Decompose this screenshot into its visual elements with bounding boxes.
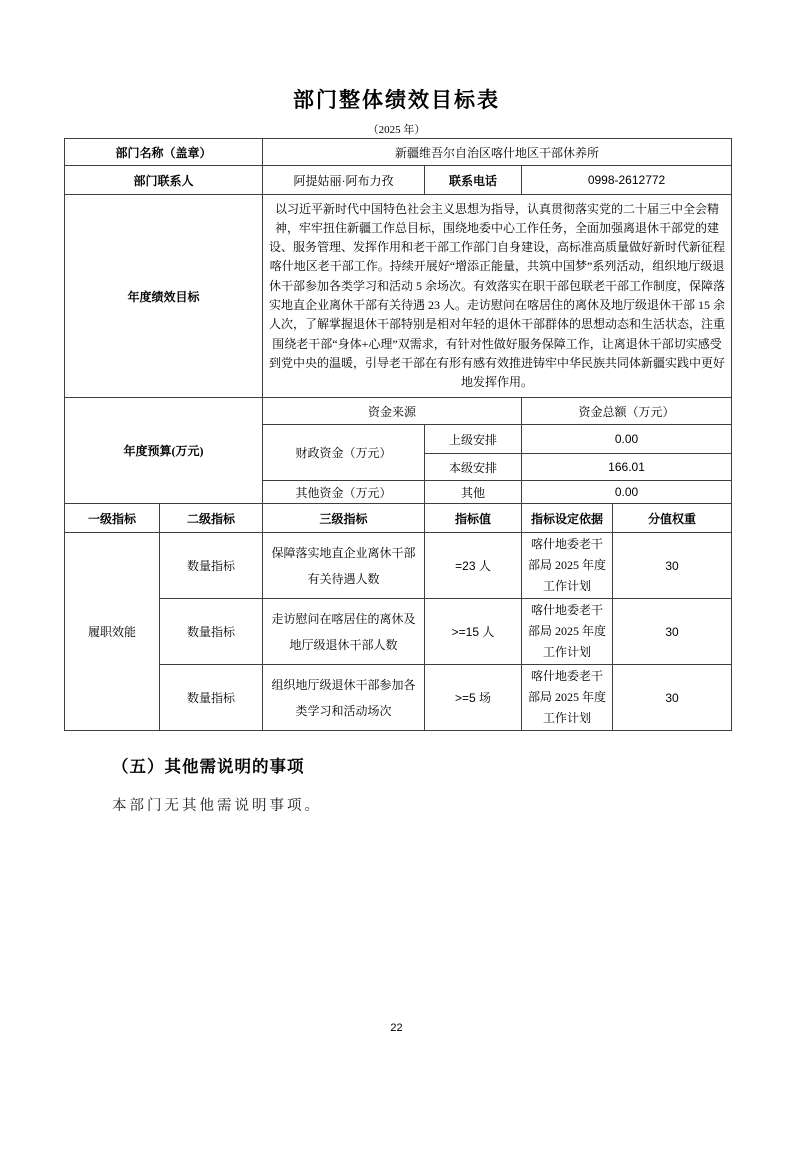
performance-target-table: 部门名称（盖章） 新疆维吾尔自治区喀什地区干部休养所 部门联系人 阿提姑丽·阿布… xyxy=(64,138,732,731)
budget-local-amount: 166.01 xyxy=(522,454,732,481)
budget-source-header: 资金来源 xyxy=(263,398,522,425)
indicator-level3: 保障落实地直企业离休干部有关待遇人数 xyxy=(263,533,425,599)
header-level2: 二级指标 xyxy=(160,504,263,533)
indicator-weight: 30 xyxy=(613,665,732,731)
indicator-row: 数量指标 走访慰问在喀居住的离休及地厅级退休干部人数 >=15 人 喀什地委老干… xyxy=(65,599,732,665)
table-row: 部门联系人 阿提姑丽·阿布力孜 联系电话 0998-2612772 xyxy=(65,166,732,195)
page-subtitle: （2025 年） xyxy=(0,121,793,137)
header-level1: 一级指标 xyxy=(65,504,160,533)
indicator-value: >=5 场 xyxy=(425,665,522,731)
phone-label: 联系电话 xyxy=(425,166,522,195)
budget-local-label: 本级安排 xyxy=(425,454,522,481)
annual-goal-label: 年度绩效目标 xyxy=(65,195,263,398)
section-heading: （五）其他需说明的事项 xyxy=(112,753,305,777)
indicator-level2: 数量指标 xyxy=(160,599,263,665)
table-row: 年度预算(万元) 资金来源 资金总额（万元） xyxy=(65,398,732,425)
indicator-basis: 喀什地委老干部局 2025 年度工作计划 xyxy=(522,665,613,731)
header-basis: 指标设定依据 xyxy=(522,504,613,533)
dept-name-label: 部门名称（盖章） xyxy=(65,139,263,166)
indicator-level2: 数量指标 xyxy=(160,665,263,731)
indicator-level3: 走访慰问在喀居住的离休及地厅级退休干部人数 xyxy=(263,599,425,665)
budget-fiscal-label: 财政资金（万元） xyxy=(263,425,425,481)
table-row: 部门名称（盖章） 新疆维吾尔自治区喀什地区干部休养所 xyxy=(65,139,732,166)
budget-other-amount: 0.00 xyxy=(522,481,732,504)
indicator-header-row: 一级指标 二级指标 三级指标 指标值 指标设定依据 分值权重 xyxy=(65,504,732,533)
indicator-row: 履职效能 数量指标 保障落实地直企业离休干部有关待遇人数 =23 人 喀什地委老… xyxy=(65,533,732,599)
indicator-row: 数量指标 组织地厅级退休干部参加各类学习和活动场次 >=5 场 喀什地委老干部局… xyxy=(65,665,732,731)
budget-other-label: 其他资金（万元） xyxy=(263,481,425,504)
section-body: 本部门无其他需说明事项。 xyxy=(112,794,322,815)
annual-goal-text: 以习近平新时代中国特色社会主义思想为指导，认真贯彻落实党的二十届三中全会精神，牢… xyxy=(263,195,732,398)
page-title: 部门整体绩效目标表 xyxy=(0,84,793,114)
phone-value: 0998-2612772 xyxy=(522,166,732,195)
budget-total-header: 资金总额（万元） xyxy=(522,398,732,425)
indicator-weight: 30 xyxy=(613,533,732,599)
indicator-basis: 喀什地委老干部局 2025 年度工作计划 xyxy=(522,533,613,599)
header-level3: 三级指标 xyxy=(263,504,425,533)
contact-value: 阿提姑丽·阿布力孜 xyxy=(263,166,425,195)
indicator-weight: 30 xyxy=(613,599,732,665)
dept-name-value: 新疆维吾尔自治区喀什地区干部休养所 xyxy=(263,139,732,166)
indicator-level1: 履职效能 xyxy=(65,533,160,731)
header-value: 指标值 xyxy=(425,504,522,533)
header-weight: 分值权重 xyxy=(613,504,732,533)
indicator-level2: 数量指标 xyxy=(160,533,263,599)
page-number: 22 xyxy=(0,1022,793,1034)
budget-other-sub-label: 其他 xyxy=(425,481,522,504)
indicator-basis: 喀什地委老干部局 2025 年度工作计划 xyxy=(522,599,613,665)
table-row: 年度绩效目标 以习近平新时代中国特色社会主义思想为指导，认真贯彻落实党的二十届三… xyxy=(65,195,732,398)
indicator-level3: 组织地厅级退休干部参加各类学习和活动场次 xyxy=(263,665,425,731)
contact-label: 部门联系人 xyxy=(65,166,263,195)
budget-label: 年度预算(万元) xyxy=(65,398,263,504)
budget-upper-label: 上级安排 xyxy=(425,425,522,454)
document-page: 部门整体绩效目标表 （2025 年） 部门名称（盖章） 新疆维吾尔自治区喀什地区… xyxy=(0,0,793,1176)
budget-upper-amount: 0.00 xyxy=(522,425,732,454)
indicator-value: =23 人 xyxy=(425,533,522,599)
indicator-value: >=15 人 xyxy=(425,599,522,665)
